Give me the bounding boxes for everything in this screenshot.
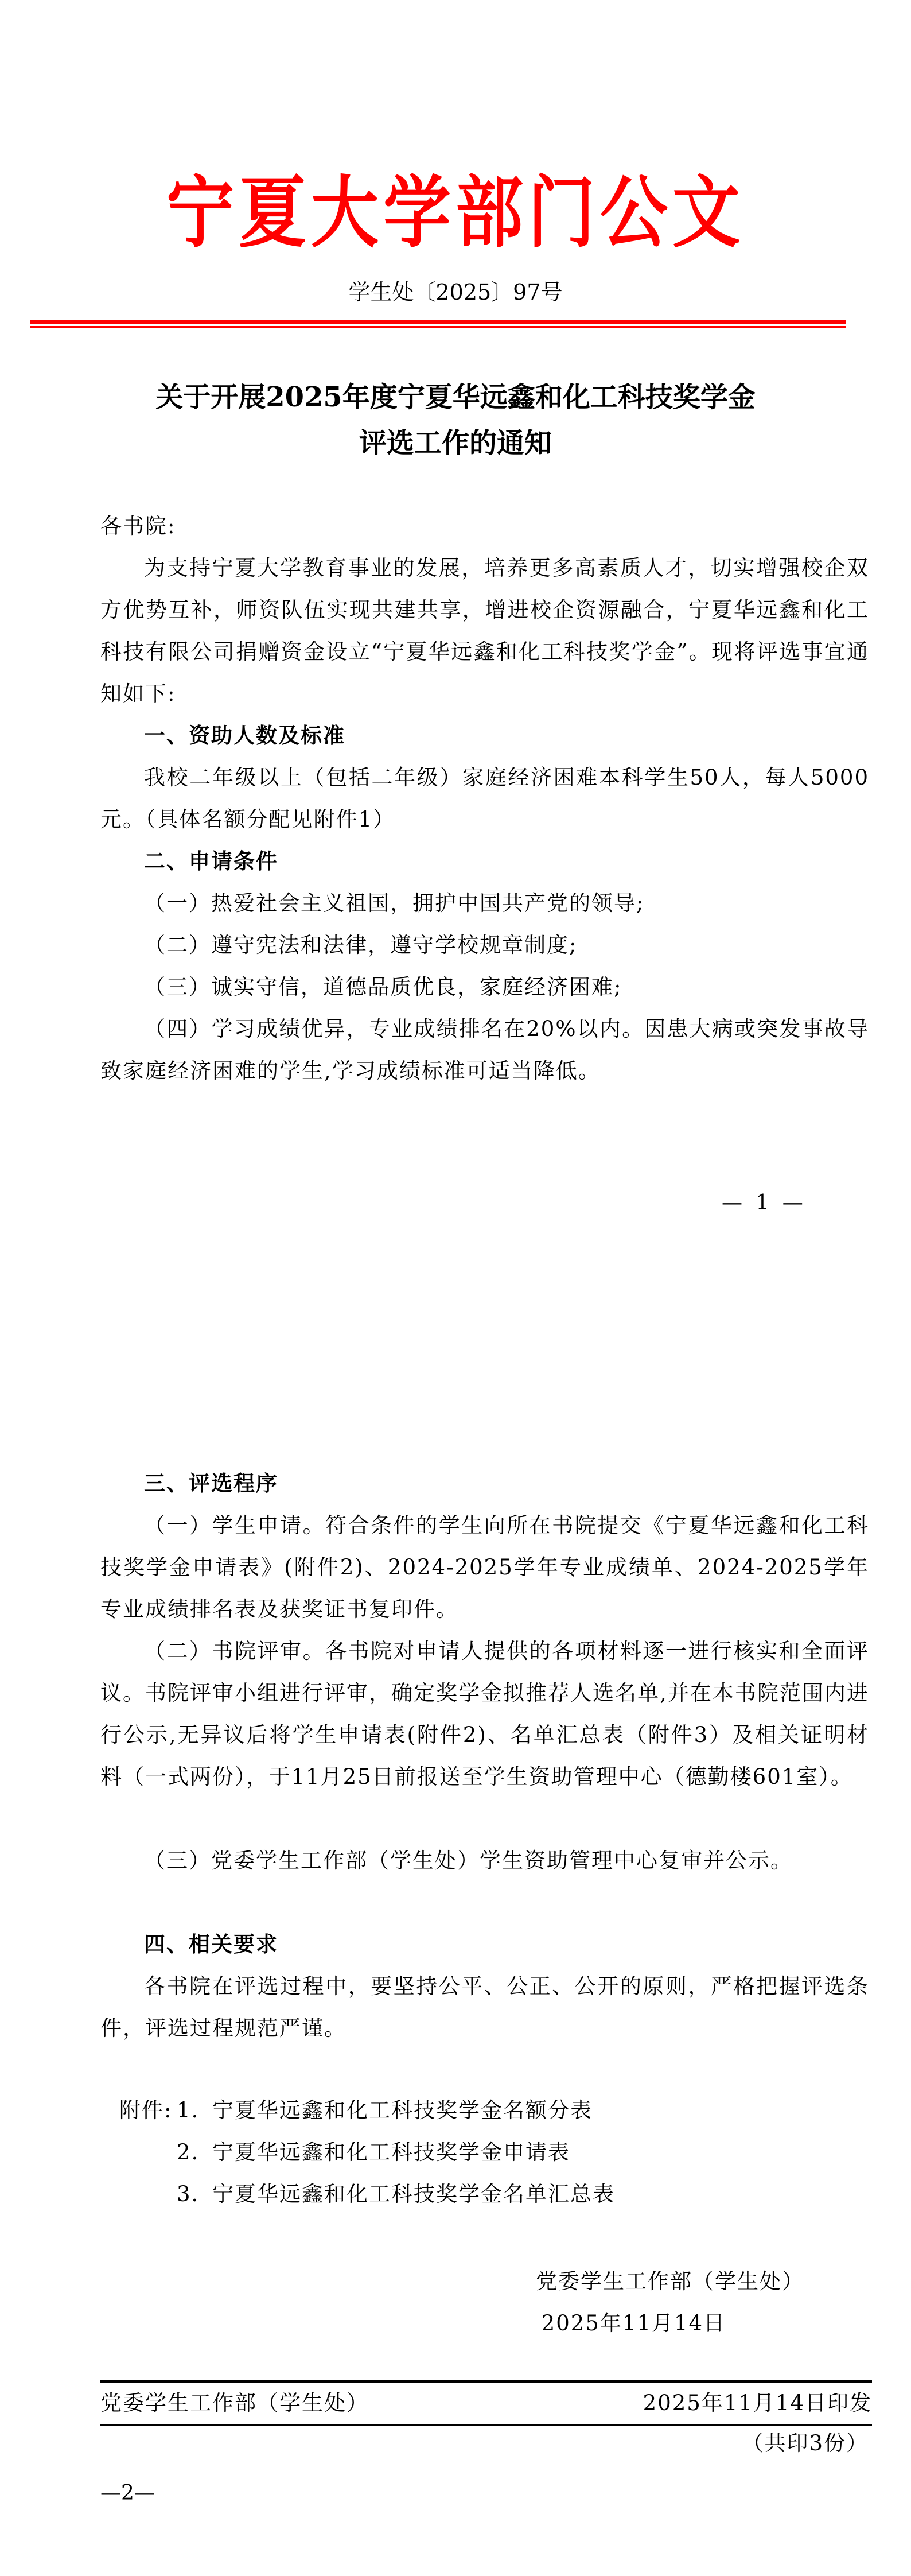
footer-rule-top	[100, 2380, 872, 2383]
red-separator-thin	[30, 326, 846, 328]
page-number-1: — 1 —	[722, 1192, 807, 1215]
attachment-name[interactable]: 宁夏华远鑫和化工科技奖学金名额分表	[212, 2098, 593, 2123]
sign-date: 2025年11月14日	[250, 2302, 726, 2344]
footer-issue-row: 党委学生工作部（学生处） 2025年11月14日印发	[100, 2389, 872, 2418]
footer-copies: （共印3份）	[742, 2429, 869, 2458]
intro-paragraph: 为支持宁夏大学教育事业的发展，培养更多高素质人才，切实增强校企双方优势互补，师资…	[100, 547, 869, 715]
attachment-name[interactable]: 宁夏华远鑫和化工科技奖学金申请表	[212, 2140, 570, 2164]
section-heading-4: 四、相关要求	[100, 1923, 869, 1965]
attachment-item-3: 3.宁夏华远鑫和化工科技奖学金名单汇总表	[119, 2173, 615, 2215]
attachment-number: 2.	[177, 2131, 212, 2173]
attachment-number: 1.	[177, 2089, 212, 2131]
section-heading-3: 三、评选程序	[100, 1462, 869, 1504]
section-3-item-1: （一）学生申请。符合条件的学生向所在书院提交《宁夏华远鑫和化工科技奖学金申请表》…	[100, 1504, 869, 1630]
section-4-paragraph-1: 各书院在评选过程中，要坚持公平、公正、公开的原则，严格把握评选条件，评选过程规范…	[100, 1965, 869, 2049]
attachment-name[interactable]: 宁夏华远鑫和化工科技奖学金名单汇总表	[212, 2182, 615, 2206]
footer-issuer: 党委学生工作部（学生处）	[100, 2389, 369, 2418]
attachment-item-1: 附件:1.宁夏华远鑫和化工科技奖学金名额分表	[119, 2089, 593, 2131]
section-3-item-3: （三）党委学生工作部（学生处）学生资助管理中心复审并公示。	[100, 1840, 869, 1881]
notice-title-line1: 关于开展2025年度宁夏华远鑫和化工科技奖学金	[0, 374, 911, 420]
document-number: 学生处〔2025〕97号	[0, 278, 911, 307]
footer-rule-bottom	[100, 2424, 872, 2426]
salutation: 各书院:	[100, 505, 869, 547]
attachment-number: 3.	[177, 2173, 212, 2215]
page-number-2: —2—	[100, 2482, 155, 2505]
footer-issue-date: 2025年11月14日印发	[643, 2389, 872, 2418]
section-2-item-3: （三）诚实守信，道德品质优良，家庭经济困难;	[100, 966, 869, 1008]
section-2-item-2: （二）遵守宪法和法律，遵守学校规章制度;	[100, 924, 869, 966]
red-separator-thick	[30, 320, 846, 324]
attachment-item-2: 2.宁夏华远鑫和化工科技奖学金申请表	[119, 2131, 570, 2173]
attachments-label: 附件:	[119, 2089, 177, 2131]
signer-department: 党委学生工作部（学生处）	[231, 2260, 804, 2302]
section-heading-1: 一、资助人数及标准	[100, 715, 869, 756]
section-heading-2: 二、申请条件	[100, 840, 869, 882]
notice-title: 关于开展2025年度宁夏华远鑫和化工科技奖学金 评选工作的通知	[0, 374, 911, 466]
section-3-item-2: （二）书院评审。各书院对申请人提供的各项材料逐一进行核实和全面评议。书院评审小组…	[100, 1630, 869, 1798]
document-red-header-title: 宁夏大学部门公文	[0, 166, 911, 259]
section-2-item-1: （一）热爱社会主义祖国，拥护中国共产党的领导;	[100, 882, 869, 924]
section-1-paragraph-1: 我校二年级以上（包括二年级）家庭经济困难本科学生50人，每人5000元。（具体名…	[100, 756, 869, 840]
notice-title-line2: 评选工作的通知	[0, 420, 911, 466]
section-2-item-4: （四）学习成绩优异，专业成绩排名在20%以内。因患大病或突发事故导致家庭经济困难…	[100, 1008, 869, 1092]
